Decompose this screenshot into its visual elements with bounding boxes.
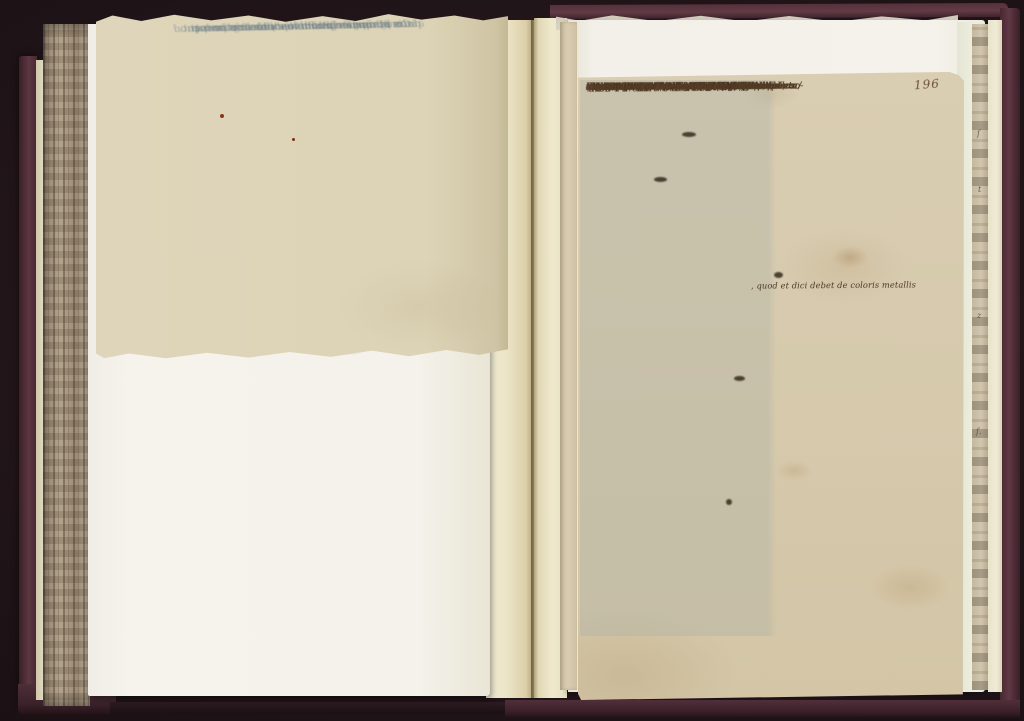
ink-correction-blot: [734, 376, 745, 381]
rust-speck: [220, 114, 224, 118]
book-cover-right-board: [1000, 8, 1020, 708]
showthrough-line: quae eius Philosophiae impossunt.: [179, 18, 373, 36]
ink-correction-blot: [654, 177, 667, 182]
photo-open-manuscript-book: quam 3 his dies prach nec illorumCorpori…: [0, 0, 1024, 721]
book-cover-bottom-shadow: [110, 702, 510, 714]
ink-correction-blot: [774, 272, 783, 278]
rust-speck: [292, 138, 295, 141]
fore-edge-page-stack-left: [43, 24, 90, 706]
page-number: 196: [914, 76, 955, 93]
manuscript-text-block: Eo secundum: Crasis et Excellentia reies…: [586, 81, 816, 82]
manuscript-line: Vide supra de Maximorum Medicina.: [592, 82, 762, 95]
gutter-guard-strip: [560, 22, 577, 690]
damp-stain-wash: [580, 80, 776, 636]
offset-ink-mark: ſ.: [976, 428, 982, 436]
margin-annotation: , quod et dici debet de coloris metallis: [751, 279, 951, 290]
ink-correction-blot: [726, 499, 732, 505]
manuscript-leaf: Eo secundum: Crasis et Excellentia reies…: [578, 72, 964, 700]
right-cream-flyleaf-edge: [988, 20, 1002, 692]
offset-ink-mark: z: [977, 312, 981, 320]
offset-ink-mark: t: [978, 186, 981, 194]
offset-ink-mark: ſ: [977, 130, 980, 138]
book-cover-left-board: [19, 56, 37, 704]
ink-showthrough-text: quam 3 his dies prach nec illorumCorpori…: [109, 17, 428, 154]
ink-correction-blot: [682, 132, 696, 137]
left-mounted-leaf: quam 3 his dies prach nec illorumCorpori…: [96, 12, 508, 359]
